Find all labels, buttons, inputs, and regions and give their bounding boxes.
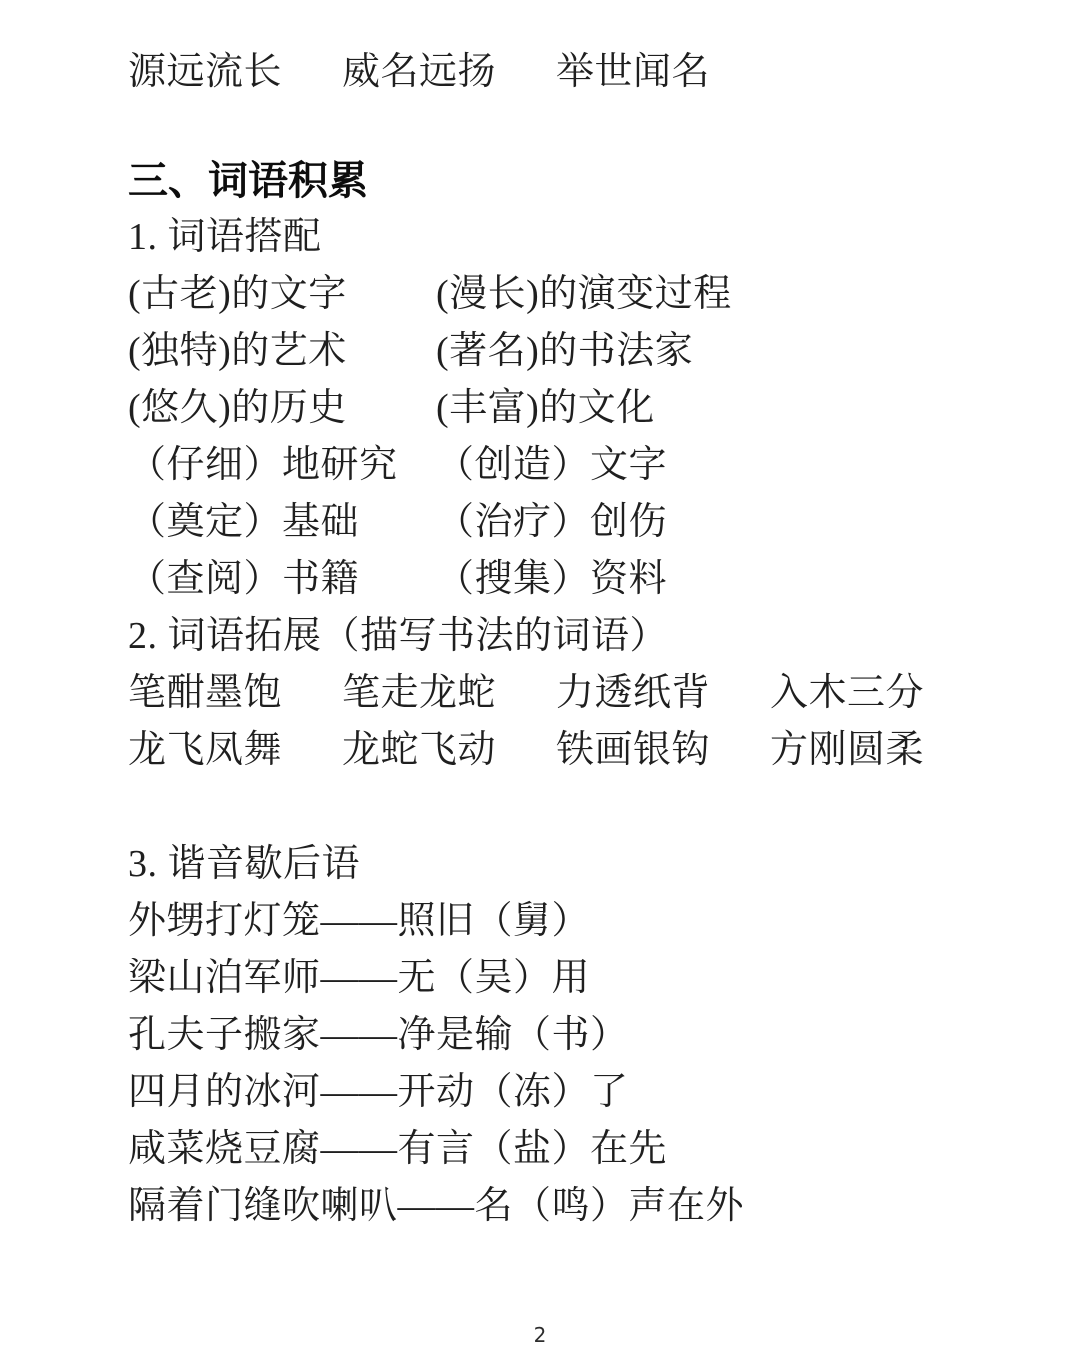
idiom-word: 力透纸背 — [556, 665, 710, 722]
collocation-item: （搜集）资料 — [436, 558, 667, 600]
collocation-row: （奠定）基础（治疗）创伤 — [128, 494, 1020, 551]
idiom-row: 龙飞凤舞 龙蛇飞动 铁画银钩 方刚圆柔 — [128, 722, 1020, 779]
idiom-word: 方刚圆柔 — [770, 722, 924, 779]
subsection-title-2: 2. 词语拓展（描写书法的词语） — [128, 608, 1020, 665]
idiom-word: 龙飞凤舞 — [128, 722, 282, 779]
section-heading: 三、词语积累 — [128, 152, 1020, 209]
collocation-item: (古老)的文字 — [128, 266, 436, 323]
idiom-word: 举世闻名 — [556, 44, 710, 101]
idiom-word: 威名远扬 — [342, 44, 496, 101]
idiom-line-top: 源远流长 威名远扬 举世闻名 — [128, 44, 1020, 101]
collocation-item: (悠久)的历史 — [128, 380, 436, 437]
idiom-word: 笔走龙蛇 — [342, 665, 496, 722]
xiehouyu-line: 外甥打灯笼——照旧（舅） — [128, 893, 1020, 950]
collocation-row: (古老)的文字(漫长)的演变过程 — [128, 266, 1020, 323]
collocation-row: （仔细）地研究（创造）文字 — [128, 437, 1020, 494]
idiom-word: 源远流长 — [128, 44, 282, 101]
collocation-row: (独特)的艺术(著名)的书法家 — [128, 323, 1020, 380]
idiom-word: 入木三分 — [770, 665, 924, 722]
collocation-item: （仔细）地研究 — [128, 437, 436, 494]
xiehouyu-line: 隔着门缝吹喇叭——名（鸣）声在外 — [128, 1178, 1020, 1235]
subsection-title-1: 1. 词语搭配 — [128, 209, 1020, 266]
collocation-item: （创造）文字 — [436, 444, 667, 486]
collocation-item: (独特)的艺术 — [128, 323, 436, 380]
xiehouyu-line: 梁山泊军师——无（吴）用 — [128, 950, 1020, 1007]
idiom-word: 笔酣墨饱 — [128, 665, 282, 722]
collocation-item: (漫长)的演变过程 — [436, 273, 732, 315]
collocation-item: (著名)的书法家 — [436, 330, 693, 372]
xiehouyu-line: 孔夫子搬家——净是输（书） — [128, 1007, 1020, 1064]
collocation-item: (丰富)的文化 — [436, 387, 655, 429]
idiom-word: 铁画银钩 — [556, 722, 710, 779]
xiehouyu-line: 咸菜烧豆腐——有言（盐）在先 — [128, 1121, 1020, 1178]
idiom-word: 龙蛇飞动 — [342, 722, 496, 779]
idiom-row: 笔酣墨饱 笔走龙蛇 力透纸背 入木三分 — [128, 665, 1020, 722]
collocation-item: （查阅）书籍 — [128, 551, 436, 608]
collocation-item: （治疗）创伤 — [436, 501, 667, 543]
xiehouyu-line: 四月的冰河——开动（冻）了 — [128, 1064, 1020, 1121]
page-number: 2 — [0, 1325, 1080, 1345]
subsection-title-3: 3. 谐音歇后语 — [128, 836, 1020, 893]
collocation-item: （奠定）基础 — [128, 494, 436, 551]
document-page: 源远流长 威名远扬 举世闻名 三、词语积累 1. 词语搭配 (古老)的文字(漫长… — [0, 0, 1080, 1361]
collocation-row: (悠久)的历史(丰富)的文化 — [128, 380, 1020, 437]
collocation-row: （查阅）书籍（搜集）资料 — [128, 551, 1020, 608]
